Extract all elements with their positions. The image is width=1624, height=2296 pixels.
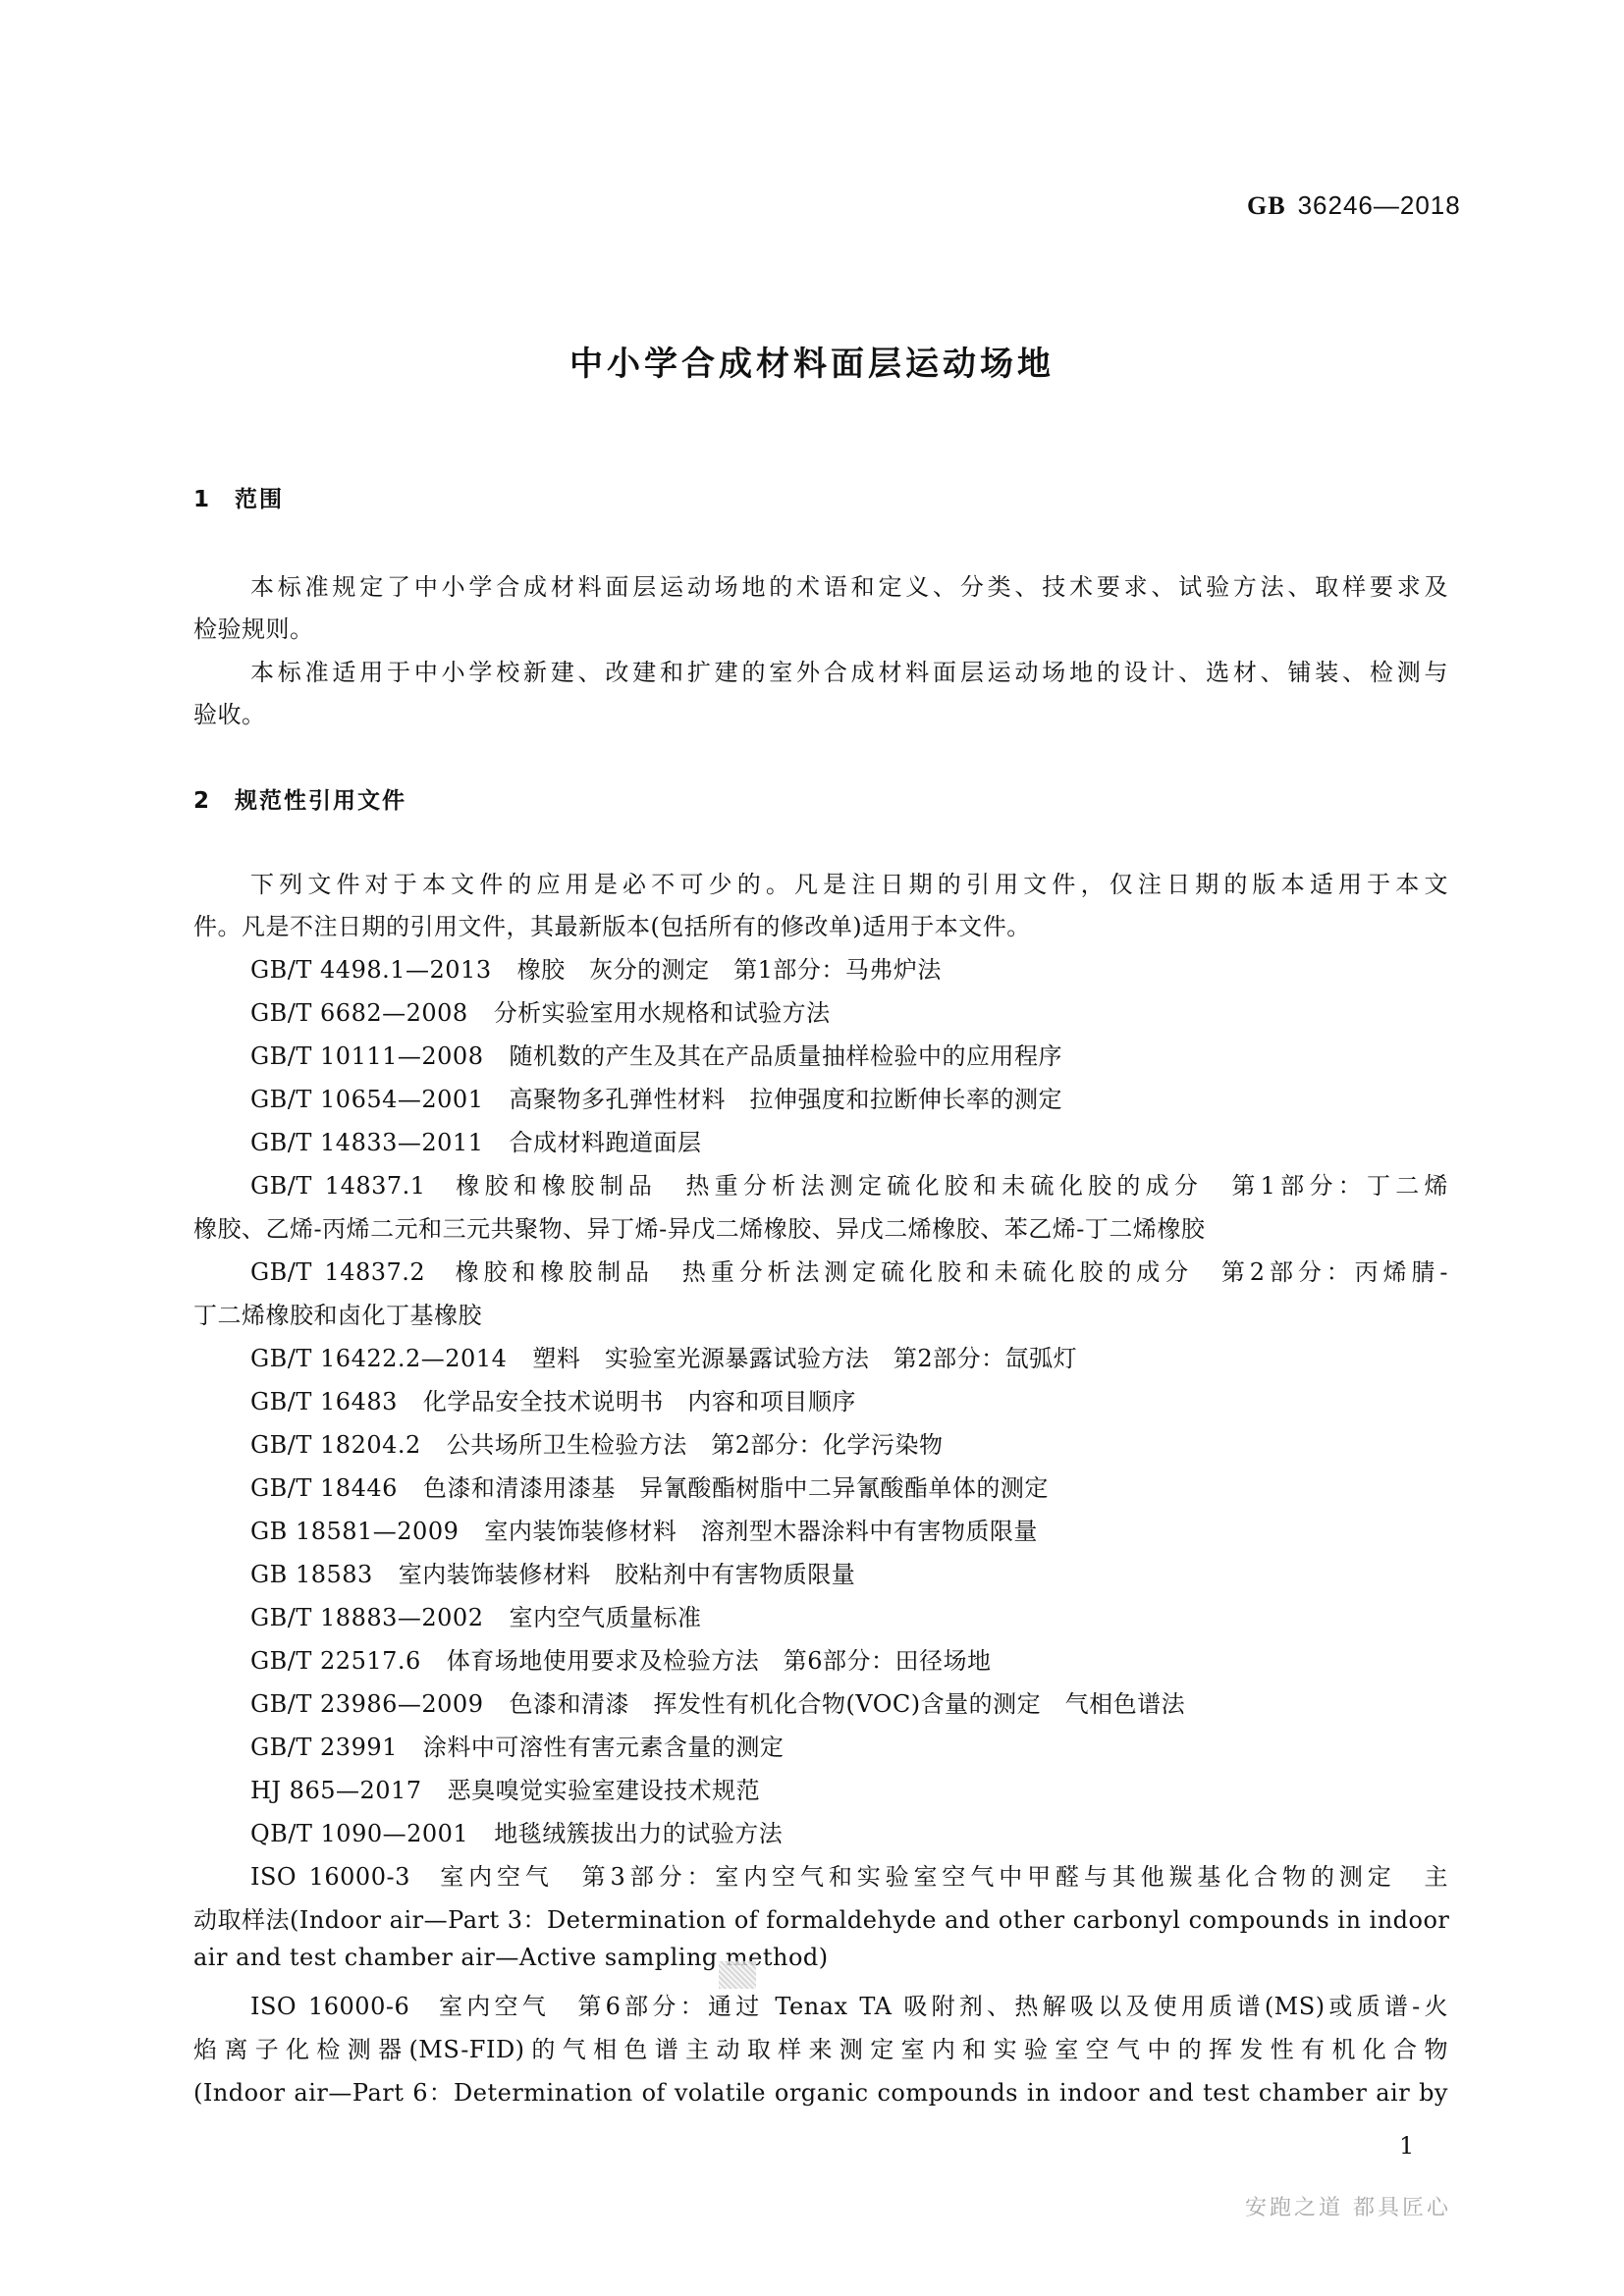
reference-code: GB/T 10111—2008	[250, 1042, 483, 1070]
reference-code: GB/T 23991	[250, 1734, 398, 1761]
reference-title: 恶臭嗅觉实验室建设技术规范	[448, 1777, 761, 1804]
reference-code: GB 18583	[250, 1561, 373, 1588]
reference-title: 合成材料跑道面层	[509, 1129, 701, 1156]
reference-continuation: 动取样法(Indoor air—Part 3：Determination of …	[193, 1900, 1448, 1935]
section-number: 2	[193, 788, 235, 814]
section-title: 规范性引用文件	[235, 788, 406, 814]
reference-title: 橡胶和橡胶制品 热重分析法测定硫化胶和未硫化胶的成分 第2部分：丙烯腈-	[451, 1258, 1448, 1286]
reference-title: 分析实验室用水规格和试验方法	[494, 999, 831, 1027]
reference-code: GB/T 14833—2011	[250, 1129, 483, 1156]
reference-item: QB/T 1090—2001地毯绒簇拔出力的试验方法	[250, 1814, 783, 1848]
reference-item: GB 18583室内装饰装修材料 胶粘剂中有害物质限量	[250, 1555, 855, 1589]
reference-item: GB/T 14837.2橡胶和橡胶制品 热重分析法测定硫化胶和未硫化胶的成分 第…	[250, 1253, 1448, 1287]
reference-code: GB/T 16422.2—2014	[250, 1345, 507, 1372]
reference-code: GB 18581—2009	[250, 1518, 459, 1545]
reference-code: GB/T 10654—2001	[250, 1086, 483, 1113]
reference-code: GB/T 18446	[250, 1474, 398, 1502]
section-1-heading: 1范围	[193, 481, 284, 513]
reference-item: GB/T 23991涂料中可溶性有害元素含量的测定	[250, 1728, 784, 1762]
reference-item: GB/T 16483化学品安全技术说明书 内容和项目顺序	[250, 1382, 856, 1416]
document-page: GB36246—2018 中小学合成材料面层运动场地 1范围 本标准规定了中小学…	[0, 0, 1624, 2296]
reference-title: 化学品安全技术说明书 内容和项目顺序	[423, 1388, 856, 1415]
reference-code: GB/T 6682—2008	[250, 999, 468, 1027]
watermark-stamp	[719, 1961, 756, 1989]
reference-item: GB/T 22517.6体育场地使用要求及检验方法 第6部分：田径场地	[250, 1641, 992, 1676]
reference-item: GB/T 16422.2—2014塑料 实验室光源暴露试验方法 第2部分：氙弧灯	[250, 1339, 1077, 1373]
reference-item: GB/T 6682—2008分析实验室用水规格和试验方法	[250, 993, 831, 1028]
reference-continuation: 焰离子化检测器(MS-FID)的气相色谱主动取样来测定室内和实验室空气中的挥发性…	[193, 2030, 1448, 2064]
reference-item: ISO 16000-6室内空气 第6部分：通过 Tenax TA 吸附剂、热解吸…	[250, 1987, 1448, 2021]
standard-code: GB36246—2018	[1247, 190, 1461, 221]
reference-item: GB/T 23986—2009色漆和清漆 挥发性有机化合物(VOC)含量的测定 …	[250, 1684, 1185, 1719]
reference-item: ISO 16000-3室内空气 第3部分：室内空气和实验室空气中甲醛与其他羰基化…	[250, 1857, 1448, 1892]
reference-code: GB/T 14837.1	[250, 1172, 426, 1200]
reference-code: GB/T 4498.1—2013	[250, 956, 492, 984]
reference-item: GB/T 18204.2公共场所卫生检验方法 第2部分：化学污染物	[250, 1425, 944, 1460]
section-title: 范围	[235, 487, 284, 512]
reference-code: GB/T 22517.6	[250, 1647, 421, 1675]
reference-item: GB/T 18446色漆和清漆用漆基 异氰酸酯树脂中二异氰酸酯单体的测定	[250, 1468, 1049, 1503]
reference-title: 涂料中可溶性有害元素含量的测定	[423, 1734, 785, 1761]
section-2-heading: 2规范性引用文件	[193, 782, 406, 815]
paragraph-line: 本标准适用于中小学校新建、改建和扩建的室外合成材料面层运动场地的设计、选材、铺装…	[250, 653, 1448, 687]
document-title: 中小学合成材料面层运动场地	[0, 337, 1624, 385]
paragraph-line: 下列文件对于本文件的应用是必不可少的。凡是注日期的引用文件，仅注日期的版本适用于…	[250, 865, 1448, 899]
reference-item: GB/T 14837.1橡胶和橡胶制品 热重分析法测定硫化胶和未硫化胶的成分 第…	[250, 1166, 1448, 1201]
reference-item: GB/T 4498.1—2013橡胶 灰分的测定 第1部分：马弗炉法	[250, 950, 942, 985]
reference-code: GB/T 16483	[250, 1388, 398, 1415]
reference-code: GB/T 18204.2	[250, 1431, 421, 1459]
paragraph-line: 件。凡是不注日期的引用文件，其最新版本(包括所有的修改单)适用于本文件。	[193, 907, 1031, 941]
reference-item: GB/T 10654—2001高聚物多孔弹性材料 拉伸强度和拉断伸长率的测定	[250, 1080, 1062, 1114]
reference-continuation: (Indoor air—Part 6：Determination of vola…	[193, 2073, 1448, 2108]
reference-code: GB/T 14837.2	[250, 1258, 425, 1286]
reference-title: 公共场所卫生检验方法 第2部分：化学污染物	[447, 1431, 944, 1459]
footer-watermark: 安跑之道 都具匠心	[1245, 2191, 1451, 2221]
reference-code: ISO 16000-3	[250, 1863, 410, 1891]
paragraph-line: 本标准规定了中小学合成材料面层运动场地的术语和定义、分类、技术要求、试验方法、取…	[250, 567, 1448, 602]
reference-item: GB/T 14833—2011合成材料跑道面层	[250, 1123, 701, 1157]
reference-code: QB/T 1090—2001	[250, 1820, 468, 1847]
reference-title: 地毯绒簇拔出力的试验方法	[494, 1820, 783, 1847]
reference-title: 室内空气 第3部分：室内空气和实验室空气中甲醛与其他羰基化合物的测定 主	[436, 1863, 1448, 1891]
reference-title: 色漆和清漆用漆基 异氰酸酯树脂中二异氰酸酯单体的测定	[423, 1474, 1049, 1502]
reference-code: ISO 16000-6	[250, 1993, 409, 2020]
paragraph-line: 检验规则。	[193, 610, 314, 644]
reference-title: 室内装饰装修材料 胶粘剂中有害物质限量	[399, 1561, 856, 1588]
reference-continuation: 橡胶、乙烯-丙烯二元和三元共聚物、异丁烯-异戊二烯橡胶、异戊二烯橡胶、苯乙烯-丁…	[193, 1209, 1205, 1244]
reference-title: 室内空气 第6部分：通过 Tenax TA 吸附剂、热解吸以及使用质谱(MS)或…	[435, 1993, 1448, 2020]
reference-title: 室内装饰装修材料 溶剂型木器涂料中有害物质限量	[484, 1518, 1038, 1545]
reference-item: HJ 865—2017恶臭嗅觉实验室建设技术规范	[250, 1771, 760, 1805]
standard-prefix: GB	[1247, 191, 1286, 220]
reference-item: GB/T 10111—2008随机数的产生及其在产品质量抽样检验中的应用程序	[250, 1037, 1062, 1071]
reference-code: GB/T 18883—2002	[250, 1604, 483, 1631]
section-number: 1	[193, 487, 235, 512]
reference-code: GB/T 23986—2009	[250, 1690, 483, 1718]
reference-title: 高聚物多孔弹性材料 拉伸强度和拉断伸长率的测定	[509, 1086, 1062, 1113]
reference-title: 橡胶和橡胶制品 热重分析法测定硫化胶和未硫化胶的成分 第1部分：丁二烯	[452, 1172, 1448, 1200]
reference-title: 塑料 实验室光源暴露试验方法 第2部分：氙弧灯	[532, 1345, 1077, 1372]
reference-title: 随机数的产生及其在产品质量抽样检验中的应用程序	[509, 1042, 1062, 1070]
paragraph-line: 验收。	[193, 695, 266, 729]
reference-code: HJ 865—2017	[250, 1777, 422, 1804]
reference-item: GB/T 18883—2002室内空气质量标准	[250, 1598, 701, 1632]
reference-title: 橡胶 灰分的测定 第1部分：马弗炉法	[517, 956, 942, 984]
reference-title: 色漆和清漆 挥发性有机化合物(VOC)含量的测定 气相色谱法	[509, 1690, 1185, 1718]
page-number: 1	[1399, 2132, 1414, 2160]
reference-continuation: 丁二烯橡胶和卤化丁基橡胶	[193, 1296, 482, 1330]
reference-title: 室内空气质量标准	[509, 1604, 701, 1631]
standard-number: 36246—2018	[1298, 190, 1461, 220]
reference-title: 体育场地使用要求及检验方法 第6部分：田径场地	[447, 1647, 992, 1675]
reference-item: GB 18581—2009室内装饰装修材料 溶剂型木器涂料中有害物质限量	[250, 1512, 1038, 1546]
